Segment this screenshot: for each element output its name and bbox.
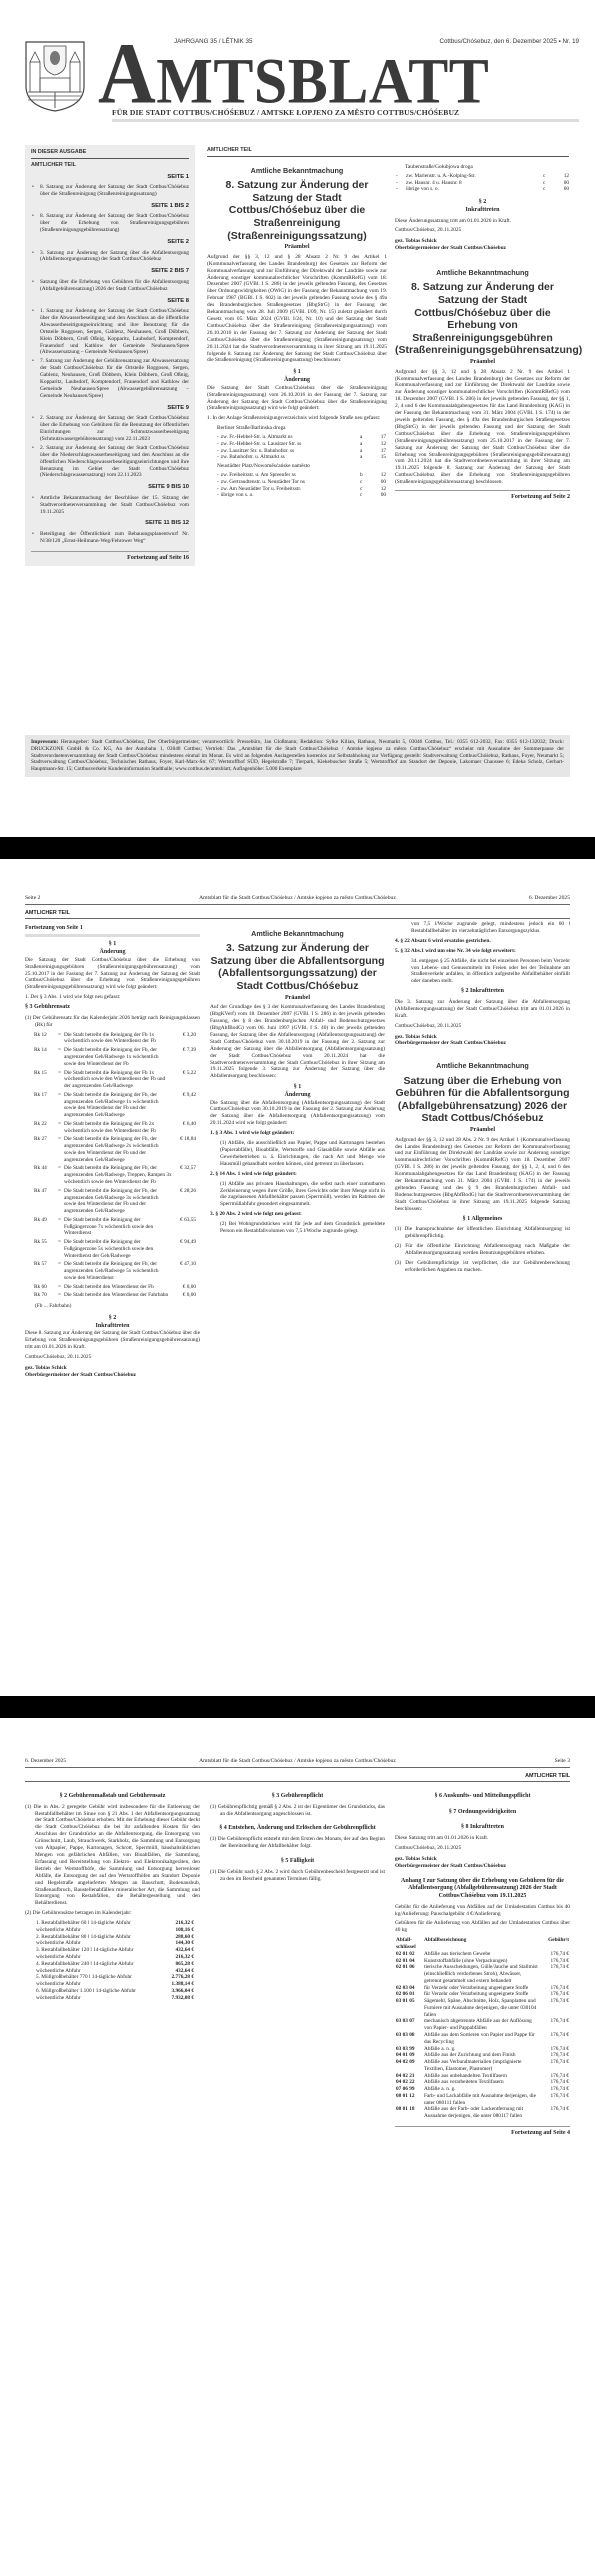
rate-value: € 5,22 <box>173 1070 197 1092</box>
continued-from: Fortsetzung von Seite 1 <box>25 925 200 932</box>
cleaning-class: c <box>542 186 558 193</box>
rate-value: € 9,42 <box>173 1092 197 1121</box>
signature-name: gez. Tobias Schick <box>25 1365 200 1372</box>
rate-class: Rk 55 <box>33 1239 57 1261</box>
street-segment: zw. Bahnhofstr. u. Altmarkt ss <box>220 454 359 461</box>
preamble-heading: Präambel <box>395 1127 570 1135</box>
toc-entry[interactable]: Amtliche Bekanntmachung der Beschlüsse d… <box>31 495 189 516</box>
waste-key: 02 01 02 <box>395 1951 423 1958</box>
table-row: Rk 22=Die Stadt betreibt die Reinigung d… <box>33 1121 197 1137</box>
divider <box>25 934 200 937</box>
section-text: (1) Der Gebührensatz für das Kalenderjah… <box>25 1015 200 1029</box>
dash: - <box>395 173 405 180</box>
cleaning-class: c <box>359 479 375 486</box>
preamble-text: Auf der Grundlage des § 3 der Kommunalve… <box>210 1004 385 1080</box>
fee-label: wöchentliche Abfuhr <box>35 1927 155 1934</box>
preamble-heading: Präambel <box>395 359 570 367</box>
waste-fee: 176,74 € <box>540 1951 570 1958</box>
list-item: 1. § 3 Abs. 1 wird wie folgt geändert: <box>210 1130 385 1137</box>
signature-name: gez. Tobias Schick <box>395 238 570 245</box>
section-heading: § 6 Auskunfts- und Mitteilungspflicht <box>395 1793 570 1801</box>
waste-description: mechanisch abgetrennte Abfälle aus der A… <box>423 2018 540 2032</box>
table-row: 02 01 04Kunststoffabfälle (ohne Verpacku… <box>395 1958 570 1965</box>
section-text: (1) Die Gebühr nach § 2 Abs. 2 wird durc… <box>210 1869 385 1883</box>
list-item: 1. In der Anlage Straßenreinigungsverzei… <box>207 415 387 422</box>
table-row: -übrige von s. o.c00 <box>207 492 387 499</box>
annex-text: Gebühren für die Anlieferung von Abfälle… <box>395 1920 570 1934</box>
section-number: § 1 <box>25 941 200 949</box>
section-number: § 1 <box>210 1084 385 1092</box>
note: (Fb ... Fahrbahn) <box>35 1303 200 1310</box>
cleaning-class: c <box>542 180 558 187</box>
table-row: Rk 60=Die Stadt betreibt den Winterdiens… <box>33 1284 197 1293</box>
rate-description: Die Stadt betreibt die Reinigung der Fuß… <box>63 1217 173 1239</box>
section-text: Die 3. Satzung zur Änderung der Satzung … <box>395 999 570 1020</box>
rate-value: € 94,49 <box>173 1239 197 1261</box>
table-row: Rk 44=Die Stadt betreibt die Reinigung d… <box>33 1165 197 1187</box>
rate-description: Die Stadt betreibt die Reinigung der Fb,… <box>63 1165 173 1187</box>
rate-class: Rk 27 <box>33 1136 57 1165</box>
dash: - <box>207 472 220 479</box>
class-value: 00 <box>558 180 570 187</box>
table-row: 07 06 99Abfälle a. n. g.176,74 € <box>395 2086 570 2093</box>
preamble-text: Aufgrund der §§ 3, 12 und 28 Abs. 2 Nr. … <box>395 1137 570 1213</box>
class-value: 12 <box>375 486 387 493</box>
bullet-icon: ▪ <box>559 38 561 45</box>
item-heading: § 3 Abs. 1 wird wie folgt geändert: <box>215 1130 294 1136</box>
place-date: Cottbus/Chóśebuz, 20.11.2025 <box>395 1023 570 1030</box>
article-street-cleaning: Amtliche Bekanntmachung 8. Satzung zur Ä… <box>207 162 387 499</box>
fee-label: wöchentliche Abfuhr <box>35 1981 155 1988</box>
waste-key: 02 06 01 <box>395 1991 423 1998</box>
table-row: 08 01 12Farb- und Lackabfälle mit Ausnah… <box>395 2093 570 2107</box>
section-text: Diese Änderungssatzung tritt am 01.01.20… <box>395 218 570 225</box>
section-text: (1) Die Gebührenpflicht entsteht mit dem… <box>210 1836 385 1850</box>
rate-description: Die Stadt betreibt die Reinigung der Fb,… <box>63 1047 173 1069</box>
continued-link[interactable]: Fortsetzung auf Seite 4 <box>395 2126 570 2138</box>
toc-page-ref: SEITE 8 <box>31 298 189 305</box>
table-row: 02 01 02Abfälle aus tierischem Gewebe176… <box>395 1951 570 1958</box>
table-row: 04 02 22Abfälle aus verarbeiteten Textil… <box>395 2079 570 2086</box>
class-value: 60 <box>558 186 570 193</box>
street-segment: zw. Fr.-Hebbel-Str. u. Lausitzer Str. ss <box>220 441 359 448</box>
rate-value: € 0,00 <box>173 1284 197 1293</box>
signature-name: gez. Tobias Schick <box>395 1034 570 1041</box>
waste-key: 03 03 99 <box>395 2046 423 2053</box>
rate-description: Die Stadt betreibt die Reinigung der Fuß… <box>63 1239 173 1261</box>
coat-of-arms-icon <box>24 40 86 112</box>
table-row: wöchentliche Abfuhr216,32 € <box>35 1954 195 1961</box>
rate-value: € 32,57 <box>173 1165 197 1187</box>
masthead-rule <box>112 119 579 122</box>
cleaning-class: a <box>359 448 375 455</box>
class-value: 12 <box>375 472 387 479</box>
toc-page-ref: SEITE 9 <box>31 405 189 412</box>
rate-description: Die Stadt betreibt die Reinigung der Fb … <box>63 1032 173 1048</box>
section-heading: § 7 Ordnungswidrigkeiten <box>395 1809 570 1817</box>
toc-entry[interactable]: 2. Satzung zur Änderung der Satzung der … <box>31 445 189 480</box>
waste-description: Kunststoffabfälle (ohne Verpackungen) <box>423 1958 540 1965</box>
fee-value: 108,16 € <box>155 1927 195 1934</box>
rate-class: Rk 57 <box>33 1261 57 1283</box>
rate-description: Die Stadt betreibt die Reinigung der Fb,… <box>63 1188 173 1217</box>
toc-page-ref: SEITE 1 <box>31 174 189 181</box>
waste-fee: 176,74 € <box>540 2032 570 2046</box>
waste-fee: 176,74 € <box>540 2052 570 2059</box>
list-item: 2. § 14 Abs. 1 wird wie folgt geändert: <box>210 1171 385 1178</box>
waste-fee: 176,74 € <box>540 2093 570 2107</box>
item-number: 3. <box>210 1211 214 1217</box>
fee-value: 7.932,08 € <box>155 1995 195 2002</box>
page-number: Seite 3 <box>555 1758 570 1765</box>
street-segment: zw. Hausnr. 4 u. Hausnr. 8 <box>405 180 542 187</box>
section-text: Die Satzung der Stadt Cottbus/Chóśebuz ü… <box>207 385 387 413</box>
table-row: -zw. Freiheitsstr. u. Am Spreeufer ssb12 <box>207 472 387 479</box>
fees-table: 1. Restabfallbehälter 60 l 14-tägliche A… <box>35 1920 195 2001</box>
waste-fee: 176,74 € <box>540 2059 570 2073</box>
item-number: 1. <box>210 1130 214 1136</box>
table-row: 6. Müllgroßbehälter 1.100 l 14-tägliche … <box>35 1988 195 1995</box>
rate-class: Rk 49 <box>33 1217 57 1239</box>
table-of-contents: IN DIESER AUSGABE AMTLICHER TEIL SEITE 1… <box>25 145 195 566</box>
waste-key: 04 02 21 <box>395 2073 423 2080</box>
list-item: 1. Der § 3 Abs. 1 wird wie folgt neu gef… <box>25 994 200 1001</box>
waste-key: 07 06 99 <box>395 2086 423 2093</box>
section-heading: Änderung <box>207 377 387 385</box>
toc-entry[interactable]: Satzung über die Erhebung von Gebühren f… <box>31 279 189 293</box>
table-row: 03 03 07mechanisch abgetrennte Abfälle a… <box>395 2018 570 2032</box>
page2-column-2: Amtliche Bekanntmachung 3. Satzung zur Ä… <box>210 925 385 1238</box>
table-row: wöchentliche Abfuhr1.388,14 € <box>35 1981 195 1988</box>
announcement-label: Amtliche Bekanntmachung <box>395 1061 570 1070</box>
annex-text: Gebühr für die Anlieferung von Abfällen … <box>395 1904 570 1918</box>
issue-date: 6. Dezember 2025 <box>529 895 570 902</box>
waste-fee: 176,74 € <box>540 1964 570 1984</box>
waste-key: 03 03 07 <box>395 2018 423 2032</box>
class-value: 12 <box>375 441 387 448</box>
table-row: 03 01 05Sägemehl, Späne, Abschnitte, Hol… <box>395 1998 570 2018</box>
section-heading: § 2 Gebührenmaßstab und Gebührensatz <box>25 1793 200 1801</box>
toc-page-ref: SEITE 9 BIS 10 <box>31 484 189 491</box>
toc-column: IN DIESER AUSGABE AMTLICHER TEIL SEITE 1… <box>25 145 195 566</box>
waste-description: Sägemehl, Späne, Abschnitte, Holz, Spanp… <box>423 1998 540 2018</box>
dash: - <box>207 441 220 448</box>
waste-fee: 176,74 € <box>540 2018 570 2032</box>
toc-page-ref: SEITE 2 <box>31 239 189 246</box>
table-row: 4. Restabfallbehälter 240 l 14-tägliche … <box>35 1961 195 1968</box>
item-text: (2) Bei Wohngrundstücken wird für jede a… <box>210 1221 385 1235</box>
preamble-text: Aufgrund der §§ 3, 12 und § 28 Absatz 2 … <box>395 369 570 486</box>
signature-role: Oberbürgermeister der Stadt Cottbus/Chóś… <box>25 1372 200 1379</box>
dash: - <box>395 186 405 193</box>
waste-key: 08 01 12 <box>395 2093 423 2107</box>
column-header: Abfall-schlüssel <box>395 1937 423 1951</box>
street-segment: zw. Marienstr. u. A.-Kolping-Str. <box>405 173 542 180</box>
toc-entry[interactable]: 1. Satzung zur Änderung der Satzung der … <box>31 308 189 356</box>
section-heading: Inkrafttreten <box>395 207 570 215</box>
table-row: Rk 57=Die Stadt betreibt die Reinigung d… <box>33 1261 197 1283</box>
waste-fee: 176,74 € <box>540 1998 570 2018</box>
rate-description: Die Stadt betreibt die Reinigung der Fb,… <box>63 1092 173 1121</box>
class-value: 00 <box>375 492 387 499</box>
column-header: Abfallbezeichnung <box>423 1937 540 1951</box>
rate-description: Die Stadt betreibt die Reinigung der Fb … <box>63 1070 173 1092</box>
fee-label: 4. Restabfallbehälter 240 l 14-tägliche … <box>35 1961 155 1968</box>
page-separator <box>0 837 595 859</box>
rate-value: € 63,55 <box>173 1217 197 1239</box>
rate-value: € 18,84 <box>173 1136 197 1165</box>
imprint: Impressum: Herausgeber: Stadt Cottbus/Ch… <box>25 735 570 777</box>
page3-column-2: § 3 Gebührenpflicht (1) Gebührenpflichti… <box>210 1790 385 1885</box>
continued-text: von 7,5 l/Woche zugrunde gelegt, mindest… <box>395 921 570 935</box>
cleaning-class: c <box>359 492 375 499</box>
toc-continued[interactable]: Fortsetzung auf Seite 16 <box>31 551 189 563</box>
section-heading: § 8 Inkrafttreten <box>395 1824 570 1832</box>
table-row: 04 02 09Abfälle aus Verbundmaterialien (… <box>395 2059 570 2073</box>
table-row: 1. Restabfallbehälter 60 l 14-tägliche A… <box>35 1920 195 1927</box>
list-item: 5. § 32 Abs.1 wird um eine Nr. 34 wie fo… <box>395 948 570 955</box>
street-name: Taubenstraße/Gołubjowa droga <box>405 164 570 171</box>
toc-heading: IN DIESER AUSGABE <box>31 149 189 159</box>
section-number: § 1 <box>207 369 387 377</box>
waste-fee: 176,74 € <box>540 2086 570 2093</box>
fee-value: 1.388,14 € <box>155 1981 195 1988</box>
waste-description: Abfälle aus Verbundmaterialien (imprägni… <box>423 2059 540 2073</box>
waste-key: 02 01 06 <box>395 1964 423 1984</box>
dash: - <box>207 454 220 461</box>
announcement-label: Amtliche Bekanntmachung <box>210 929 385 938</box>
street-name: Neustädter Platz/Nowoměsćańske naměsto <box>217 463 387 470</box>
toc-entry[interactable]: 3. Satzung zur Änderung der Satzung über… <box>31 250 189 264</box>
page3-column-1: § 2 Gebührenmaßstab und Gebührensatz (1)… <box>25 1790 200 2001</box>
preamble-heading: Präambel <box>207 244 387 252</box>
table-row: Rk 49=Die Stadt betreibt die Reinigung d… <box>33 1217 197 1239</box>
rate-value: € 28,26 <box>173 1188 197 1217</box>
street-segment: zw. Freiheitsstr. u. Am Spreeufer ss <box>220 472 359 479</box>
section-heading: § 2 Inkrafttreten <box>395 988 570 996</box>
running-header: 6. Dezember 2025 Amtsblatt für die Stadt… <box>25 1756 570 1768</box>
table-row: Rk 70=Die Stadt betreibt den Winterdiens… <box>33 1292 197 1301</box>
place-date: Cottbus/Chóśebuz, 20.11.2025 <box>25 1354 200 1361</box>
table-row: -zw. Gertraudtenstr. u. Neustädter Tor n… <box>207 479 387 486</box>
street-table: -zw. Freiheitsstr. u. Am Spreeufer ssb12… <box>207 472 387 499</box>
class-value: 17 <box>375 448 387 455</box>
waste-key: 03 01 05 <box>395 1998 423 2018</box>
toc-page-ref: SEITE 1 BIS 2 <box>31 203 189 210</box>
item-heading: § 14 Abs. 1 wird wie folgt geändert: <box>215 1171 296 1177</box>
rate-description: Die Stadt betreibt die Reinigung der Fb … <box>63 1121 173 1137</box>
waste-description: Farb- und Lackabfälle mit Ausnahme derje… <box>423 2093 540 2107</box>
street-name: Berliner Straße/Barlinska droga <box>217 425 387 432</box>
article-title: 3. Satzung zur Änderung der Satzung über… <box>210 942 385 992</box>
rate-value: € 47,10 <box>173 1261 197 1283</box>
list-item: (1) Die Inanspruchnahme der öffentlichen… <box>395 1226 570 1240</box>
title-rest: MTSBLATT <box>156 45 489 116</box>
list-item: 4. § 22 Absatz 6 wird ersatzlos gestrich… <box>395 938 570 945</box>
fee-value: 865,28 € <box>155 1961 195 1968</box>
table-row: 02 01 06tierische Ausscheidungen, Gülle/… <box>395 1964 570 1984</box>
table-row: Rk 55=Die Stadt betreibt die Reinigung d… <box>33 1239 197 1261</box>
masthead-title: AMTSBLATT <box>98 42 489 113</box>
toc-section: AMTLICHER TEIL <box>31 162 189 169</box>
table-row: Rk 17=Die Stadt betreibt die Reinigung d… <box>33 1092 197 1121</box>
signature-name: gez. Tobias Schick <box>395 1856 570 1863</box>
section-label: AMTLICHER TEIL <box>207 147 569 157</box>
rate-class: Rk 44 <box>33 1165 57 1187</box>
annex-title: Anhang I zur Satzung über die Erhebung v… <box>395 1878 570 1901</box>
page2-column-1: Fortsetzung von Seite 1 § 1 Änderung Die… <box>25 925 200 1379</box>
toc-entry[interactable]: 7. Satzung zur Änderung der Gebührensatz… <box>31 358 189 399</box>
dash: - <box>207 486 220 493</box>
fee-label: wöchentliche Abfuhr <box>35 1995 155 2002</box>
dash: - <box>395 180 405 187</box>
table-row: Rk 27=Die Stadt betreibt die Reinigung d… <box>33 1136 197 1165</box>
article-title: 8. Satzung zur Änderung der Satzung der … <box>207 179 387 242</box>
waste-fee: 176,74 € <box>540 1958 570 1965</box>
fee-value: 2.776,28 € <box>155 1974 195 1981</box>
waste-key: 03 03 08 <box>395 2032 423 2046</box>
toc-page-ref: SEITE 2 BIS 7 <box>31 268 189 275</box>
waste-description: für Verzehr oder Verarbeitung ungeeignet… <box>423 1991 540 1998</box>
waste-description: Abfälle aus der Farb- oder Lackentfernun… <box>423 2106 540 2120</box>
table-row: 02 06 01für Verzehr oder Verarbeitung un… <box>395 1991 570 1998</box>
waste-fee: 176,74 € <box>540 2106 570 2120</box>
waste-description: tierische Ausscheidungen, Gülle/Jauche u… <box>423 1964 540 1984</box>
rate-description: Die Stadt betreibt den Winterdienst der … <box>63 1284 173 1293</box>
table-row: -übrige von s. o.c60 <box>395 186 570 193</box>
section-heading: § 5 Fälligkeit <box>210 1858 385 1866</box>
imprint-label: Impressum: <box>31 739 58 745</box>
street-segment: zw. Gertraudtenstr. u. Neustädter Tor ns <box>220 479 359 486</box>
table-row: 3. Restabfallbehälter 120 l 14-tägliche … <box>35 1947 195 1954</box>
rate-class: Rk 17 <box>33 1092 57 1121</box>
signature-role: Oberbürgermeister der Stadt Cottbus/Chóś… <box>395 245 570 252</box>
street-segment: zw. Am Neustädter Tor u. Freiheitsstr. <box>220 486 359 493</box>
cleaning-class: a <box>359 441 375 448</box>
table-row: 03 03 08Abfälle aus dem Sortieren von Pa… <box>395 2032 570 2046</box>
class-value: 12 <box>558 173 570 180</box>
fee-value: 216,32 € <box>155 1920 195 1927</box>
street-table: -zw. Fr.-Hebbel-Str. u. Altmarkt nsa17-z… <box>207 434 387 461</box>
table-row: -zw. Bahnhofstr. u. Altmarkt ssa15 <box>207 454 387 461</box>
list-item: (2) Für die öffentliche Einrichtung Abfa… <box>395 1243 570 1257</box>
list-item: (3) Der Gebührenpflichtige ist verpflich… <box>395 1260 570 1274</box>
item-text: (1) Abfälle, die ausschließlich aus Papi… <box>210 1140 385 1168</box>
table-row: Rk 15=Die Stadt betreibt die Reinigung d… <box>33 1070 197 1092</box>
announcement-label: Amtliche Bekanntmachung <box>395 268 570 277</box>
section-number: § 2 <box>395 199 570 207</box>
table-row: -zw. Hausnr. 4 u. Hausnr. 8c00 <box>395 180 570 187</box>
issue-number: Nr. 19 <box>562 38 579 45</box>
waste-key: 04 01 09 <box>395 2052 423 2059</box>
rate-class: Rk 60 <box>33 1284 57 1293</box>
section-text: Die Satzung über die Abfallentsorgung (A… <box>210 1100 385 1128</box>
rate-class: Rk 14 <box>33 1047 57 1069</box>
page-2: Seite 2 Amtsblatt für die Stadt Cottbus/… <box>0 859 595 1696</box>
section-label: AMTLICHER TEIL <box>25 1770 570 1782</box>
rate-class: Rk 70 <box>33 1292 57 1301</box>
waste-fee: 176,74 € <box>540 1985 570 1992</box>
table-row: wöchentliche Abfuhr108,16 € <box>35 1927 195 1934</box>
street-segment: übrige von s. o. <box>220 492 359 499</box>
page-separator <box>0 1696 595 1718</box>
class-value: 15 <box>375 454 387 461</box>
section-text: Diese Satzung tritt am 01.01.2026 in Kra… <box>395 1835 570 1842</box>
section-heading: § 3 Gebührenpflicht <box>210 1793 385 1801</box>
table-row: -zw. Am Neustädter Tor u. Freiheitsstr.c… <box>207 486 387 493</box>
rate-class: Rk 22 <box>33 1121 57 1137</box>
section-number: § 2 <box>25 1315 200 1323</box>
page-1: JAHRGANG 35 / LĚTNIK 35 Cottbus/Chóśebuz… <box>0 0 595 837</box>
fee-value: 432,64 € <box>155 1968 195 1975</box>
table-header: Abfall-schlüsselAbfallbezeichnungGebühr/… <box>395 1937 570 1951</box>
article-title: Satzung über die Erhebung von Gebühren f… <box>395 1075 570 1125</box>
toc-entry[interactable]: 2. Satzung zur Änderung der Satzung der … <box>31 415 189 443</box>
preamble-heading: Präambel <box>210 995 385 1003</box>
class-value: 17 <box>375 434 387 441</box>
toc-entry[interactable]: Beteiligung der Öffentlichkeit zum Bebau… <box>31 531 189 545</box>
running-header: Seite 2 Amtsblatt für die Stadt Cottbus/… <box>25 893 570 905</box>
fee-value: 288,60 € <box>155 1934 195 1941</box>
fee-value: 144,30 € <box>155 1940 195 1947</box>
section-text: (1) Die in Abs. 2 geregelte Gebühr wird … <box>25 1804 200 1908</box>
toc-page-ref: SEITE 11 BIS 12 <box>31 520 189 527</box>
table-row: -zw. Marienstr. u. A.-Kolping-Str.c12 <box>395 173 570 180</box>
dash: - <box>207 479 220 486</box>
fee-label: 6. Müllgroßbehälter 1.100 l 14-tägliche … <box>35 1988 155 1995</box>
rate-value: € 6,40 <box>173 1121 197 1137</box>
section-heading: § 1 Allgemeines <box>395 1216 570 1224</box>
section-heading: Änderung <box>210 1092 385 1100</box>
article-continuation: Taubenstraße/Gołubjowa droga -zw. Marien… <box>395 162 570 502</box>
section-text: Die Satzung der Stadt Cottbus/Chóśebuz ü… <box>25 957 200 992</box>
dash: - <box>207 448 220 455</box>
signature-role: Oberbürgermeister der Stadt Cottbus/Chóś… <box>395 1863 570 1870</box>
fee-value: 432,64 € <box>155 1947 195 1954</box>
rate-value: € 7,39 <box>173 1047 197 1069</box>
rates-table: Rk 12=Die Stadt betreibt die Reinigung d… <box>33 1032 197 1302</box>
fee-label: 3. Restabfallbehälter 120 l 14-tägliche … <box>35 1947 155 1954</box>
fee-value: 3.966,04 € <box>155 1988 195 1995</box>
preamble-text: Aufgrund der §§ 3, 12 und § 28 Absatz 2 … <box>207 254 387 365</box>
section-heading: § 4 Entstehen, Änderung und Erlöschen de… <box>210 1825 385 1833</box>
toc-entry[interactable]: 8. Satzung zur Änderung der Satzung der … <box>31 213 189 234</box>
table-row: -zw. Fr.-Hebbel-Str. u. Lausitzer Str. s… <box>207 441 387 448</box>
table-row: Rk 12=Die Stadt betreibt die Reinigung d… <box>33 1032 197 1048</box>
page-3: 6. Dezember 2025 Amtsblatt für die Stadt… <box>0 1718 595 2558</box>
class-value: 00 <box>375 479 387 486</box>
waste-fee: 176,74 € <box>540 1991 570 1998</box>
waste-fee: 176,74 € <box>540 2073 570 2080</box>
cleaning-class: b <box>359 472 375 479</box>
place-date: Cottbus/Chóśebuz, 20.11.2025 <box>395 1845 570 1852</box>
waste-key: 02 01 04 <box>395 1958 423 1965</box>
item-number: 2. <box>210 1171 214 1177</box>
continued-link[interactable]: Fortsetzung auf Seite 2 <box>395 490 570 502</box>
cleaning-class: c <box>359 486 375 493</box>
street-segment: übrige von s. o. <box>405 186 542 193</box>
fee-value: 216,32 € <box>155 1954 195 1961</box>
section-heading: § 3 Gebührensatz <box>25 1004 200 1012</box>
waste-fee-table: Abfall-schlüsselAbfallbezeichnungGebühr/… <box>395 1937 570 2120</box>
table-row: wöchentliche Abfuhr7.932,08 € <box>35 1995 195 2002</box>
waste-fee: 176,74 € <box>540 2079 570 2086</box>
cleaning-class: a <box>359 434 375 441</box>
item-text: (1) Abfälle aus privaten Haushaltungen, … <box>210 1181 385 1209</box>
column-header: Gebühr/t <box>540 1937 570 1951</box>
toc-entry[interactable]: 8. Satzung zur Änderung der Satzung der … <box>31 184 189 198</box>
dash: - <box>207 434 220 441</box>
